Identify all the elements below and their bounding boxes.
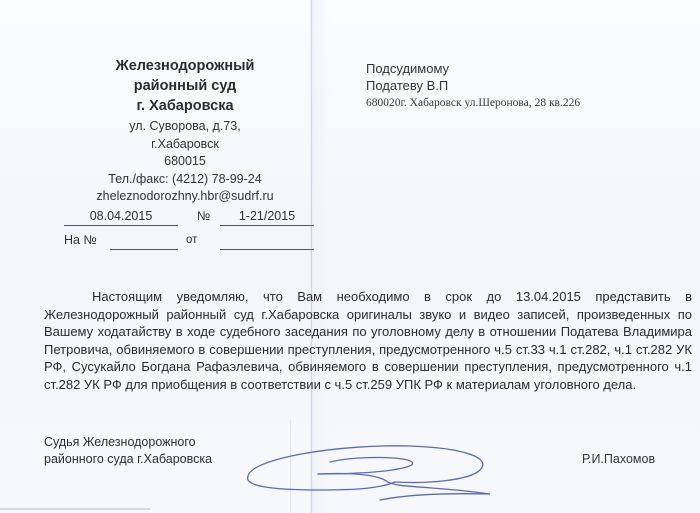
court-email: zheleznodorozhny.hbr@sudrf.ru (60, 188, 310, 206)
judge-title-line2: районного суда г.Хабаровска (44, 451, 244, 468)
paper-edge (0, 508, 150, 510)
court-phone: Тел./факс: (4212) 78-99-24 (60, 171, 310, 189)
reply-to-date (220, 233, 314, 250)
court-name-line: районный суд (60, 76, 310, 96)
number-label: № (197, 209, 210, 224)
notice-paragraph: Настоящим уведомляю, что Вам необходимо … (44, 288, 692, 394)
from-label: от (186, 233, 197, 248)
reply-to-label: На № (64, 233, 97, 248)
addressee-role: Подсудимому (366, 60, 666, 77)
outgoing-number: 1-21/2015 (220, 209, 314, 226)
registration-row: 08.04.2015 № 1-21/2015 (64, 209, 312, 227)
judge-name: Р.И.Пахомов (582, 452, 655, 466)
court-street: ул. Суворова, д.73, (60, 118, 310, 136)
addressee-block: Подсудимому Податеву В.П 680020г. Хабаро… (366, 60, 666, 111)
court-header: Железнодорожный районный суд г. Хабаровс… (60, 56, 310, 206)
court-city: г.Хабаровск (60, 136, 310, 154)
addressee-address: 680020г. Хабаровск ул.Шеронова, 28 кв.22… (366, 95, 666, 111)
outgoing-date: 08.04.2015 (64, 209, 178, 226)
court-name-line: Железнодорожный (60, 56, 310, 76)
signature-icon (230, 436, 490, 506)
judge-title: Судья Железнодорожного районного суда г.… (44, 434, 244, 468)
court-postcode: 680015 (60, 153, 310, 171)
reply-reference-row: На № от (64, 233, 312, 251)
reply-to-number (110, 233, 178, 250)
addressee-name: Податеву В.П (366, 77, 666, 94)
judge-title-line1: Судья Железнодорожного (44, 434, 244, 451)
court-city-line: г. Хабаровска (60, 96, 310, 116)
